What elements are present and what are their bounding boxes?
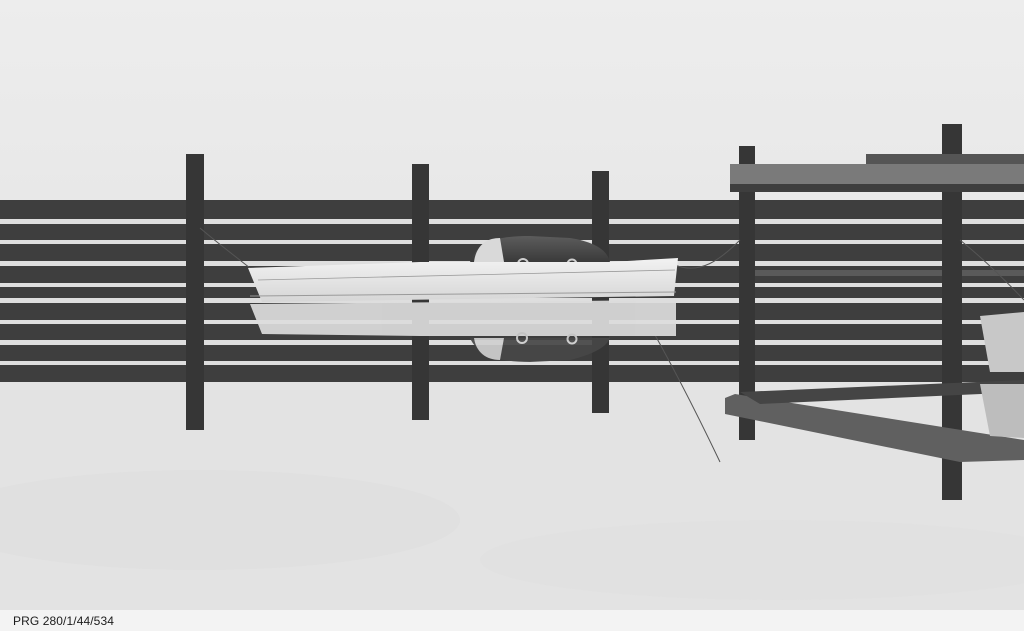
jetty-crossbeam — [730, 154, 1024, 192]
archival-photograph — [0, 0, 1024, 610]
photo-scene — [0, 0, 1024, 610]
photo-reference-caption: PRG 280/1/44/534 — [13, 613, 114, 629]
